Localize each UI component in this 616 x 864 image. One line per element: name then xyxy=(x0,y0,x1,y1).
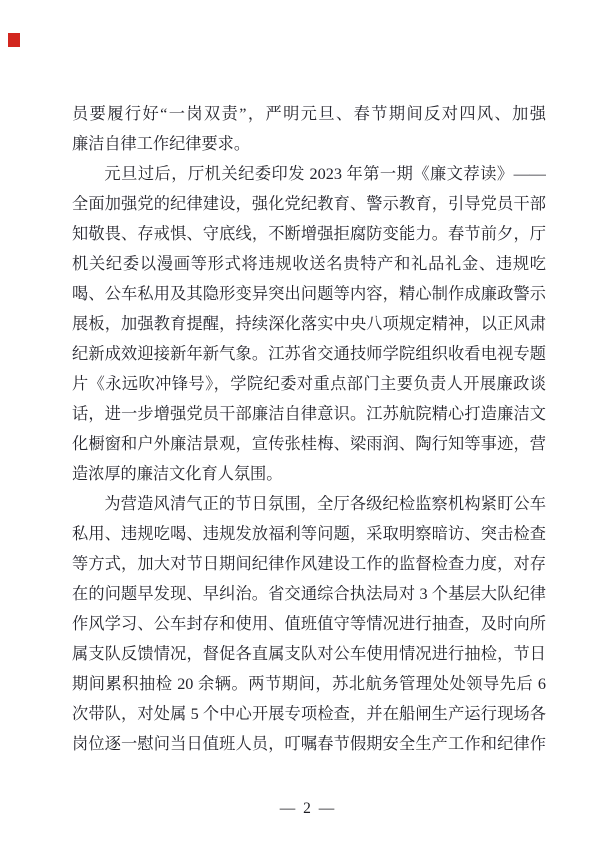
page-number: — 2 — xyxy=(0,800,616,818)
text-line: 员要履行好“一岗双责”，严明元旦、春节期间反对四风、加强 xyxy=(72,99,546,129)
text-line: 属支队反馈情况，督促各直属支队对公车使用情况进行抽检，节日 xyxy=(72,639,546,669)
paragraph: 元旦过后，厅机关纪委印发 2023 年第一期《廉文荐读》——全面加强党的纪律建设… xyxy=(72,159,546,489)
text-line: 在的问题早发现、早纠治。省交通综合执法局对 3 个基层大队纪律 xyxy=(72,579,546,609)
text-line: 廉洁自律工作纪律要求。 xyxy=(72,129,546,159)
text-line: 化橱窗和户外廉洁景观，宣传张桂梅、梁雨润、陶行知等事迹，营 xyxy=(72,429,546,459)
text-line: 等方式，加大对节日期间纪律作风建设工作的监督检查力度，对存 xyxy=(72,549,546,579)
text-line: 元旦过后，厅机关纪委印发 2023 年第一期《廉文荐读》—— xyxy=(72,159,546,189)
text-line: 私用、违规吃喝、违规发放福利等问题，采取明察暗访、突击检查 xyxy=(72,519,546,549)
document-page: 员要履行好“一岗双责”，严明元旦、春节期间反对四风、加强廉洁自律工作纪律要求。元… xyxy=(0,0,616,864)
text-line: 喝、公车私用及其隐形变异突出问题等内容，精心制作成廉政警示 xyxy=(72,279,546,309)
text-line: 岗位逐一慰问当日值班人员，叮嘱春节假期安全生产工作和纪律作 xyxy=(72,729,546,759)
text-line: 机关纪委以漫画等形式将违规收送名贵特产和礼品礼金、违规吃 xyxy=(72,249,546,279)
text-line: 纪新成效迎接新年新气象。江苏省交通技师学院组织收看电视专题 xyxy=(72,339,546,369)
document-body: 员要履行好“一岗双责”，严明元旦、春节期间反对四风、加强廉洁自律工作纪律要求。元… xyxy=(72,99,546,759)
text-line: 全面加强党的纪律建设，强化党纪教育、警示教育，引导党员干部 xyxy=(72,189,546,219)
text-line: 为营造风清气正的节日氛围，全厅各级纪检监察机构紧盯公车 xyxy=(72,489,546,519)
text-line: 话，进一步增强党员干部廉洁自律意识。江苏航院精心打造廉洁文 xyxy=(72,399,546,429)
text-line: 造浓厚的廉洁文化育人氛围。 xyxy=(72,459,546,489)
red-corner-mark xyxy=(8,33,20,47)
text-line: 展板，加强教育提醒，持续深化落实中央八项规定精神，以正风肃 xyxy=(72,309,546,339)
text-line: 片《永远吹冲锋号》，学院纪委对重点部门主要负责人开展廉政谈 xyxy=(72,369,546,399)
text-line: 知敬畏、存戒惧、守底线，不断增强拒腐防变能力。春节前夕，厅 xyxy=(72,219,546,249)
paragraph: 员要履行好“一岗双责”，严明元旦、春节期间反对四风、加强廉洁自律工作纪律要求。 xyxy=(72,99,546,159)
text-line: 期间累积抽检 20 余辆。两节期间，苏北航务管理处处领导先后 6 xyxy=(72,669,546,699)
text-line: 作风学习、公车封存和使用、值班值守等情况进行抽查，及时向所 xyxy=(72,609,546,639)
text-line: 次带队，对处属 5 个中心开展专项检查，并在船闸生产运行现场各 xyxy=(72,699,546,729)
paragraph: 为营造风清气正的节日氛围，全厅各级纪检监察机构紧盯公车私用、违规吃喝、违规发放福… xyxy=(72,489,546,759)
